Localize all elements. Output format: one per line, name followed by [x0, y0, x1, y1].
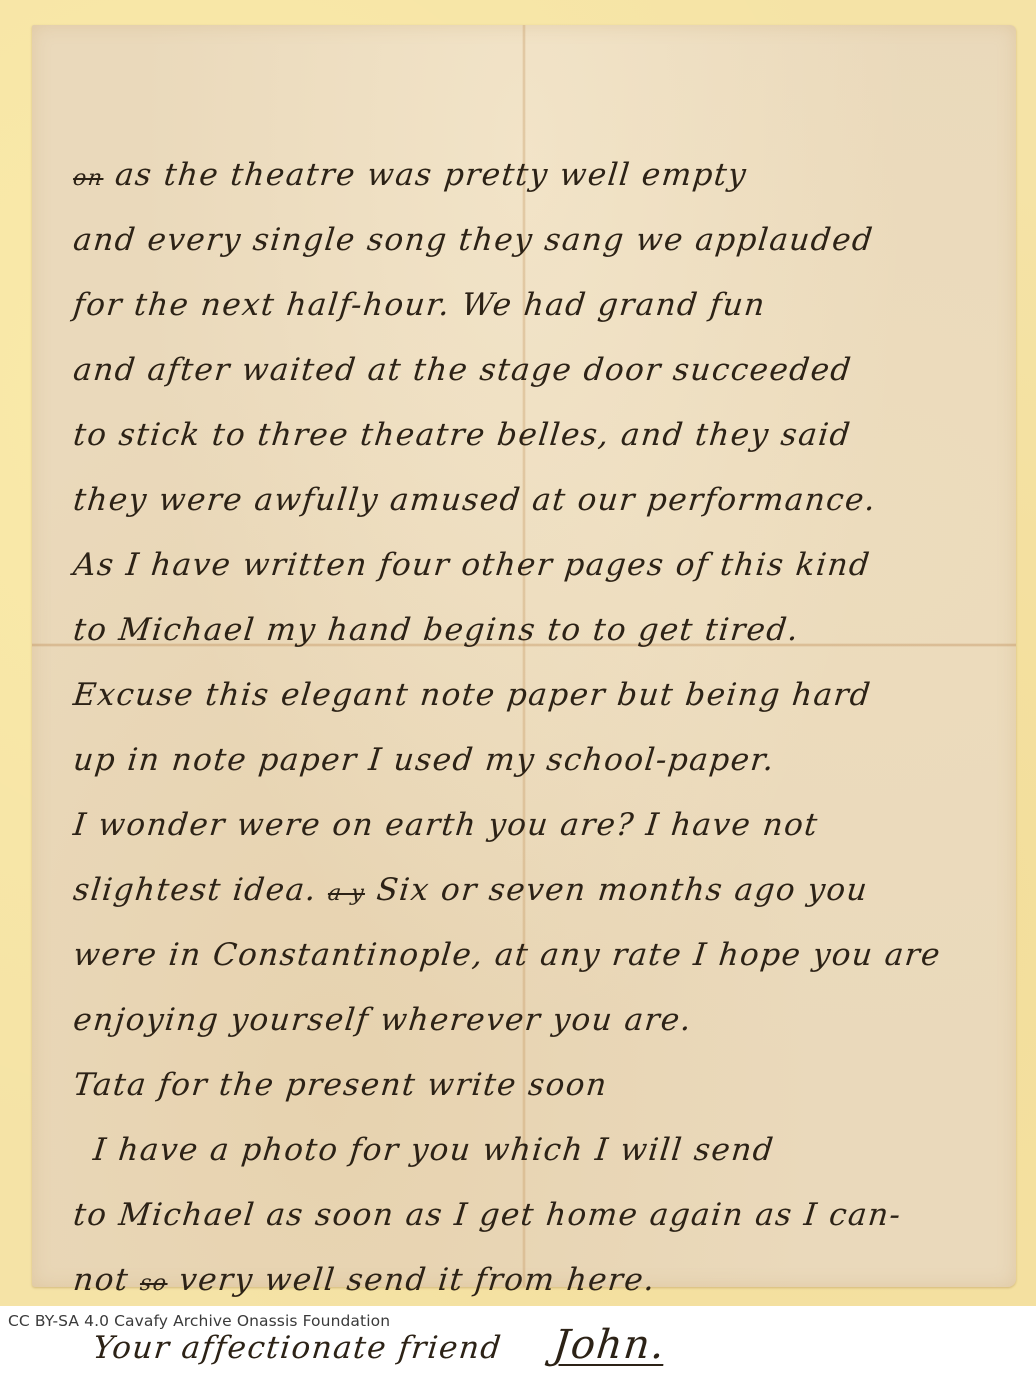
letter-line: up in note paper I used my school-paper.: [70, 728, 1007, 793]
scanned-image: on as the theatre was pretty well empty …: [0, 0, 1036, 1306]
letter-body: on as the theatre was pretty well empty …: [70, 143, 1000, 1348]
line-text-before: slightest idea.: [72, 872, 319, 908]
line-text-before: not: [72, 1262, 131, 1298]
letter-line: on as the theatre was pretty well empty: [70, 143, 1007, 208]
signature: John.: [550, 1313, 669, 1348]
letter-line: I wonder were on earth you are? I have n…: [70, 793, 1007, 858]
struck-word: so: [139, 1271, 169, 1296]
letter-line: Excuse this elegant note paper but being…: [70, 663, 1007, 728]
struck-word: on: [72, 166, 105, 191]
letter-line: not so very well send it from here.: [70, 1248, 1007, 1313]
letter-line: to Michael as soon as I get home again a…: [70, 1183, 1007, 1248]
line-text: as the theatre was pretty well empty: [113, 157, 749, 193]
struck-word: a y: [327, 881, 367, 906]
letter-line: enjoying yourself wherever you are.: [70, 988, 1007, 1053]
letter-line: Tata for the present write soon: [70, 1053, 1007, 1118]
letter-line: for the next half-hour. We had grand fun: [70, 273, 1007, 338]
line-text: Six or seven months ago you: [375, 872, 870, 908]
letter-paper: on as the theatre was pretty well empty …: [32, 25, 1016, 1287]
letter-line: As I have written four other pages of th…: [70, 533, 1007, 598]
license-caption: CC BY-SA 4.0 Cavafy Archive Onassis Foun…: [8, 1312, 390, 1330]
letter-line: were in Constantinople, at any rate I ho…: [70, 923, 1007, 988]
line-text: very well send it from here.: [177, 1262, 657, 1298]
letter-line: and every single song they sang we appla…: [70, 208, 1007, 273]
letter-line: I have a photo for you which I will send: [70, 1118, 1007, 1183]
valediction: Your affectionate friend: [91, 1330, 504, 1348]
letter-line: slightest idea. a y Six or seven months …: [70, 858, 1007, 923]
letter-line: to stick to three theatre belles, and th…: [70, 403, 1007, 468]
letter-line: to Michael my hand begins to to get tire…: [70, 598, 1007, 663]
letter-line: they were awfully amused at our performa…: [70, 468, 1007, 533]
letter-line: and after waited at the stage door succe…: [70, 338, 1007, 403]
